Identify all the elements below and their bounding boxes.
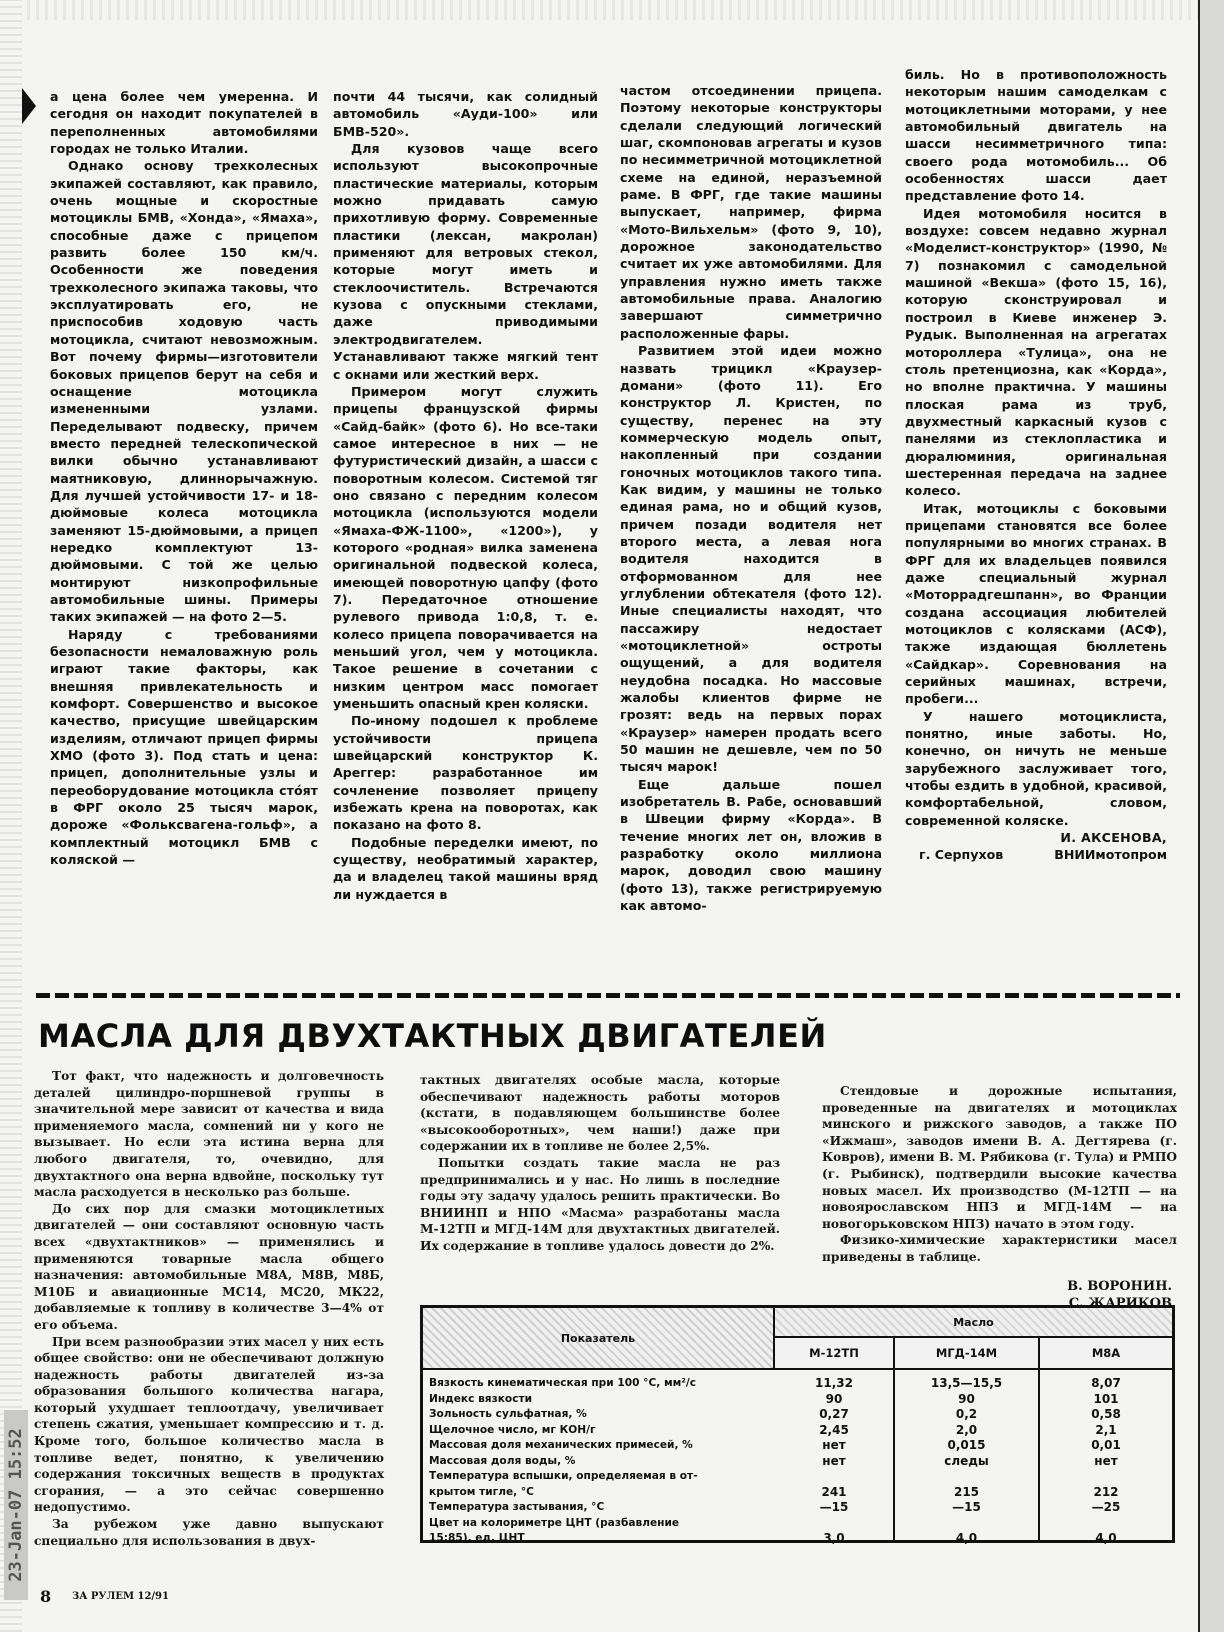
scan-left-edge: [0, 0, 22, 1632]
section-divider: [36, 993, 1180, 998]
table-column-mgd14m: 13,5—15,5 90 0,2 2,0 0,015 следы 215 —15…: [895, 1370, 1040, 1540]
table-cell: нет: [775, 1454, 893, 1470]
table-cell: 11,32: [775, 1376, 893, 1392]
paragraph: Однако основу трехколесных экипажей сост…: [50, 157, 318, 625]
table-cell: 0,01: [1040, 1438, 1172, 1454]
paragraph: Тот факт, что надежность и долговечность…: [34, 1068, 384, 1201]
oil-characteristics-table: Показатель Масло М-12ТП МГД-14М М8А Вязк…: [420, 1305, 1175, 1543]
table-cell: —15: [775, 1500, 893, 1516]
paragraph: тактных двигателях особые масла, которые…: [420, 1072, 780, 1155]
table-cell: 4,0: [1040, 1531, 1172, 1547]
table-cell: 90: [895, 1392, 1038, 1408]
article1-column-1: а цена более чем умеренна. И сегодня он …: [50, 88, 318, 868]
magazine-issue: ЗА РУЛЕМ 12/91: [72, 1591, 169, 1602]
paragraph: Еще дальше пошел изобретатель В. Рабе, о…: [620, 776, 882, 915]
table-cell: 0,58: [1040, 1407, 1172, 1423]
paragraph: При всем разнообразии этих масел у них е…: [34, 1334, 384, 1517]
table-cell: —25: [1040, 1500, 1172, 1516]
article1-column-3: частом отсоединении прицепа. Поэтому нек…: [620, 82, 882, 915]
table-cell: следы: [895, 1454, 1038, 1470]
paragraph: Идея мотомобиля носится в воздухе: совсе…: [905, 205, 1167, 500]
table-cell: 2,45: [775, 1423, 893, 1439]
table-cell: 0,27: [775, 1407, 893, 1423]
table-cell: [895, 1516, 1038, 1532]
table-cell: 3,0: [775, 1531, 893, 1547]
table-cell: 8,07: [1040, 1376, 1172, 1392]
author-affiliation: г. Серпухов ВНИИмотопром: [905, 846, 1167, 863]
table-cell: [895, 1469, 1038, 1485]
table-header-m8a: М8А: [1040, 1338, 1172, 1370]
table-row-label: Щелочное число, мг КОН/г: [429, 1423, 771, 1439]
paragraph: По-иному подошел к проблеме устойчивости…: [333, 712, 598, 833]
table-cell: 2,1: [1040, 1423, 1172, 1439]
table-column-m12tp: 11,32 90 0,27 2,45 нет нет 241 —15 3,0: [775, 1370, 895, 1540]
table-cell: 90: [775, 1392, 893, 1408]
page-number: 8: [40, 1587, 51, 1606]
paragraph: почти 44 тысячи, как солидный автомобиль…: [333, 88, 598, 140]
paragraph: Примером могут служить прицепы французск…: [333, 383, 598, 713]
table-cell: 101: [1040, 1392, 1172, 1408]
paragraph: Для кузовов чаще всего используют высоко…: [333, 140, 598, 383]
table-cell: нет: [1040, 1454, 1172, 1470]
table-row-label: Температура застывания, °С: [429, 1500, 771, 1516]
table-cell: [1040, 1469, 1172, 1485]
table-cell: 241: [775, 1485, 893, 1501]
paragraph: Наряду с требованиями безопасности немал…: [50, 626, 318, 869]
paragraph: За рубежом уже давно выпускают специальн…: [34, 1516, 384, 1549]
table-row-label: Цвет на колориметре ЦНТ (разбавление: [429, 1516, 771, 1532]
article2-column-2: тактных двигателях особые масла, которые…: [420, 1072, 780, 1255]
paragraph: частом отсоединении прицепа. Поэтому нек…: [620, 82, 882, 342]
scan-right-edge: [1198, 0, 1224, 1632]
table-header-parameter: Показатель: [423, 1308, 775, 1370]
table-cell: 0,2: [895, 1407, 1038, 1423]
table-parameter-column: Вязкость кинематическая при 100 °С, мм²/…: [429, 1376, 771, 1547]
table-cell: [775, 1516, 893, 1532]
paragraph: Развитием этой идеи можно назвать трицик…: [620, 342, 882, 776]
author-organization: ВНИИмотопром: [1054, 846, 1167, 863]
article2-column-3: Стендовые и дорожные испытания, проведен…: [822, 1083, 1177, 1266]
table-row-label: Массовая доля воды, %: [429, 1454, 771, 1470]
table-row-label: 15:85), ед. ЦНТ: [429, 1531, 771, 1547]
table-cell: —15: [895, 1500, 1038, 1516]
article2-headline: МАСЛА ДЛЯ ДВУХТАКТНЫХ ДВИГАТЕЛЕЙ: [38, 1017, 827, 1055]
table-header-mgd14m: МГД-14М: [895, 1338, 1040, 1370]
author-name: В. ВОРОНИН.: [1067, 1278, 1172, 1295]
paragraph: а цена более чем умеренна. И сегодня он …: [50, 88, 318, 157]
table-row-label: Массовая доля механических примесей, %: [429, 1438, 771, 1454]
paragraph: Стендовые и дорожные испытания, проведен…: [822, 1083, 1177, 1232]
paragraph: Физико-химические характеристики масел п…: [822, 1232, 1177, 1265]
table-cell: нет: [775, 1438, 893, 1454]
article1-column-2: почти 44 тысячи, как солидный автомобиль…: [333, 88, 598, 903]
paragraph: У нашего мотоциклиста, понятно, иные заб…: [905, 708, 1167, 829]
table-cell: [1040, 1516, 1172, 1532]
table-header-oil-group: Масло: [775, 1308, 1172, 1338]
table-cell: 0,015: [895, 1438, 1038, 1454]
paragraph: Подобные переделки имеют, по существу, н…: [333, 834, 598, 903]
table-cell: 215: [895, 1485, 1038, 1501]
author-city: г. Серпухов: [919, 846, 1003, 863]
date-stamp: 23-Jan-07 15:52: [4, 1410, 28, 1600]
table-cell: 4,0: [895, 1531, 1038, 1547]
paragraph: Попытки создать такие масла не раз предп…: [420, 1155, 780, 1255]
table-cell: 2,0: [895, 1423, 1038, 1439]
article2-column-1: Тот факт, что надежность и долговечность…: [34, 1068, 384, 1549]
date-stamp-text: 23-Jan-07 15:52: [6, 1428, 26, 1582]
author-signature: И. АКСЕНОВА,: [905, 829, 1167, 846]
paragraph: биль. Но в противоположность некоторым н…: [905, 66, 1167, 205]
table-cell: 212: [1040, 1485, 1172, 1501]
table-row-label: Температура вспышки, определяемая в от-: [429, 1469, 771, 1485]
table-column-m8a: 8,07 101 0,58 2,1 0,01 нет 212 —25 4,0: [1040, 1370, 1172, 1540]
scan-top-edge: [0, 0, 1224, 20]
table-row-label: Индекс вязкости: [429, 1392, 771, 1408]
paragraph: До сих пор для смазки мотоциклетных двиг…: [34, 1201, 384, 1334]
paragraph: Итак, мотоциклы с боковыми прицепами ста…: [905, 500, 1167, 708]
table-row-label: Зольность сульфатная, %: [429, 1407, 771, 1423]
table-cell: 13,5—15,5: [895, 1376, 1038, 1392]
article1-column-4: биль. Но в противоположность некоторым н…: [905, 66, 1167, 864]
table-row-label: крытом тигле, °С: [429, 1485, 771, 1501]
table-header-m12tp: М-12ТП: [775, 1338, 895, 1370]
table-row-label: Вязкость кинематическая при 100 °С, мм²/…: [429, 1376, 771, 1392]
continuation-arrow-icon: [22, 88, 36, 124]
table-cell: [775, 1469, 893, 1485]
